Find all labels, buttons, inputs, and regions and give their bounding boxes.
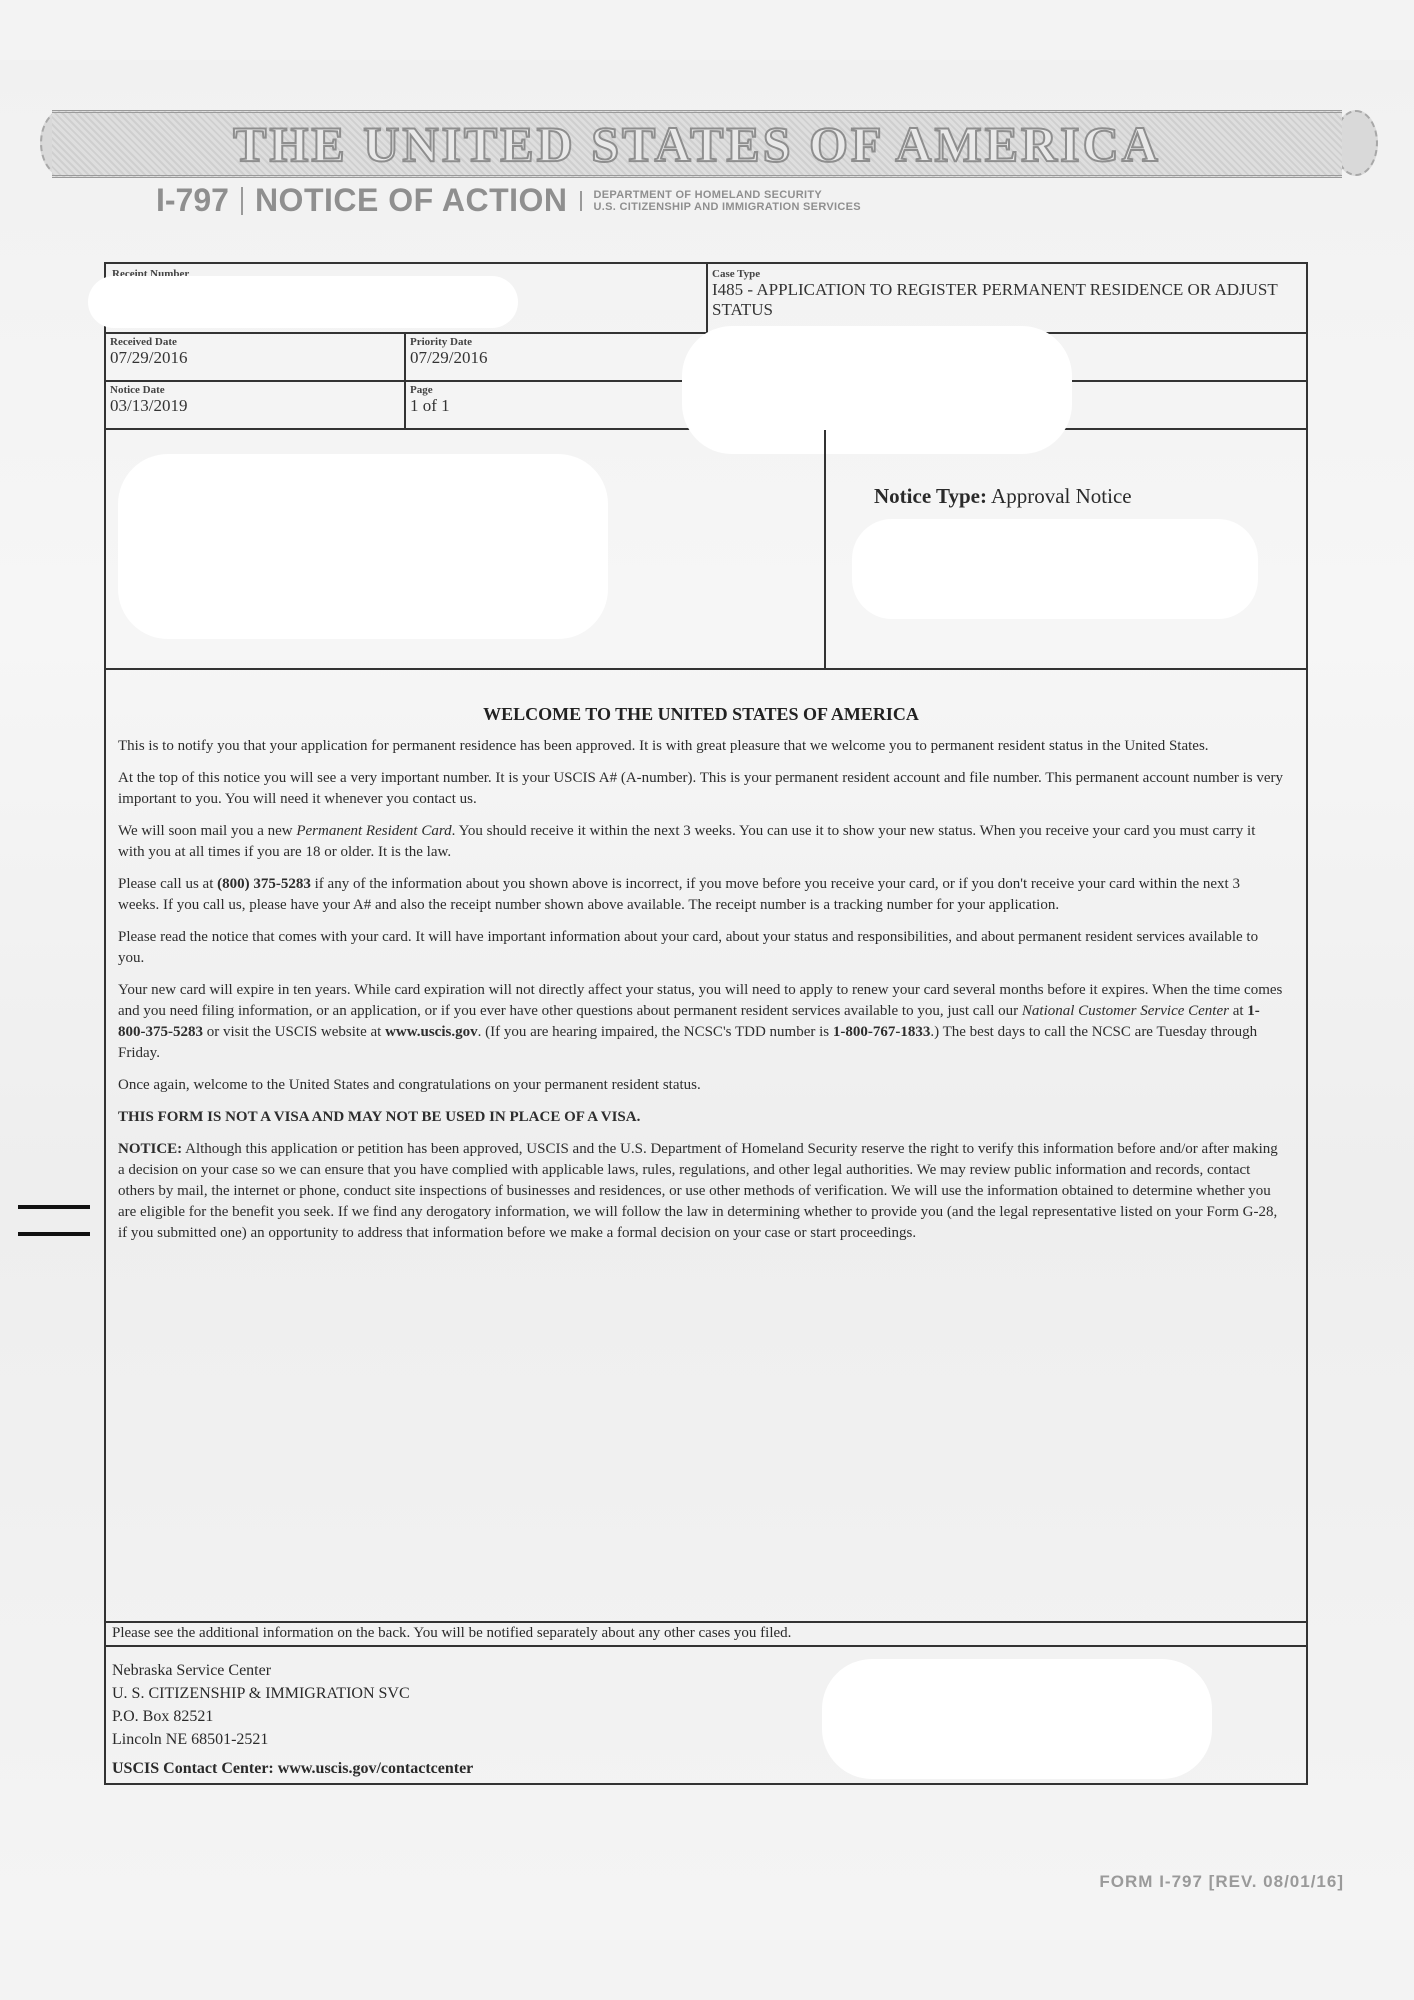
welcome-heading: WELCOME TO THE UNITED STATES OF AMERICA [118, 704, 1284, 725]
form-title: NOTICE OF ACTION [255, 182, 568, 219]
paragraph-expiration: Your new card will expire in ten years. … [118, 980, 1284, 1064]
notice-date-cell: Notice Date 03/13/2019 [106, 382, 406, 430]
notice-date-value: 03/13/2019 [110, 396, 400, 416]
priority-date-value: 07/29/2016 [410, 348, 702, 368]
banner: THE UNITED STATES OF AMERICA [52, 110, 1342, 178]
notice-type-label: Notice Type: [874, 484, 987, 508]
uscis-website-link[interactable]: www.uscis.gov [385, 1024, 478, 1040]
margin-mark [18, 1232, 90, 1236]
priority-date-label: Priority Date [410, 336, 702, 348]
priority-date-cell: Priority Date 07/29/2016 [406, 334, 706, 382]
paragraph-card: We will soon mail you a new Permanent Re… [118, 821, 1284, 863]
contact-center-label: USCIS Contact Center: [112, 1760, 274, 1777]
not-a-visa-warning: THIS FORM IS NOT A VISA AND MAY NOT BE U… [118, 1107, 1284, 1128]
notice-type: Notice Type: Approval Notice [874, 484, 1132, 508]
agency-name: DEPARTMENT OF HOMELAND SECURITY U.S. CIT… [594, 189, 861, 213]
agency-line-1: DEPARTMENT OF HOMELAND SECURITY [594, 189, 861, 201]
contact-center-link[interactable]: www.uscis.gov/contactcenter [278, 1760, 474, 1777]
received-date-label: Received Date [110, 336, 400, 348]
notice-type-value: Approval Notice [991, 484, 1132, 508]
margin-mark [18, 1205, 90, 1209]
paragraph-read-notice: Please read the notice that comes with y… [118, 927, 1284, 969]
notice-date-label: Notice Date [110, 384, 400, 396]
divider [241, 187, 243, 215]
form-revision: FORM I-797 [REV. 08/01/16] [1099, 1872, 1344, 1892]
page-label: Page [410, 384, 702, 396]
case-type-label: Case Type [712, 268, 1300, 280]
additional-info-row: Please see the additional information on… [106, 1621, 1306, 1647]
form-number: I-797 [156, 182, 229, 219]
notice-body: WELCOME TO THE UNITED STATES OF AMERICA … [118, 704, 1284, 1255]
redaction [822, 1659, 1212, 1779]
redaction [118, 454, 608, 639]
divider [580, 191, 582, 211]
paragraph-a-number: At the top of this notice you will see a… [118, 768, 1284, 810]
banner-text: THE UNITED STATES OF AMERICA [233, 115, 1161, 173]
case-type-value: I485 - APPLICATION TO REGISTER PERMANENT… [712, 280, 1300, 320]
redaction [88, 276, 518, 328]
paragraph-call-us: Please call us at (800) 375-5283 if any … [118, 874, 1284, 916]
page-value: 1 of 1 [410, 396, 702, 416]
case-type-cell: Case Type I485 - APPLICATION TO REGISTER… [706, 264, 1306, 334]
paragraph-congratulations: Once again, welcome to the United States… [118, 1075, 1284, 1096]
received-date-value: 07/29/2016 [110, 348, 400, 368]
paragraph-notice: NOTICE: Although this application or pet… [118, 1139, 1284, 1244]
notice-form: Receipt Number Case Type I485 - APPLICAT… [104, 262, 1308, 1785]
redaction [852, 519, 1258, 619]
paragraph-approval: This is to notify you that your applicat… [118, 736, 1284, 757]
received-date-cell: Received Date 07/29/2016 [106, 334, 406, 382]
additional-info-text: Please see the additional information on… [112, 1625, 791, 1641]
agency-line-2: U.S. CITIZENSHIP AND IMMIGRATION SERVICE… [594, 201, 861, 213]
page-cell: Page 1 of 1 [406, 382, 706, 430]
form-title-bar: I-797 NOTICE OF ACTION DEPARTMENT OF HOM… [156, 182, 861, 219]
